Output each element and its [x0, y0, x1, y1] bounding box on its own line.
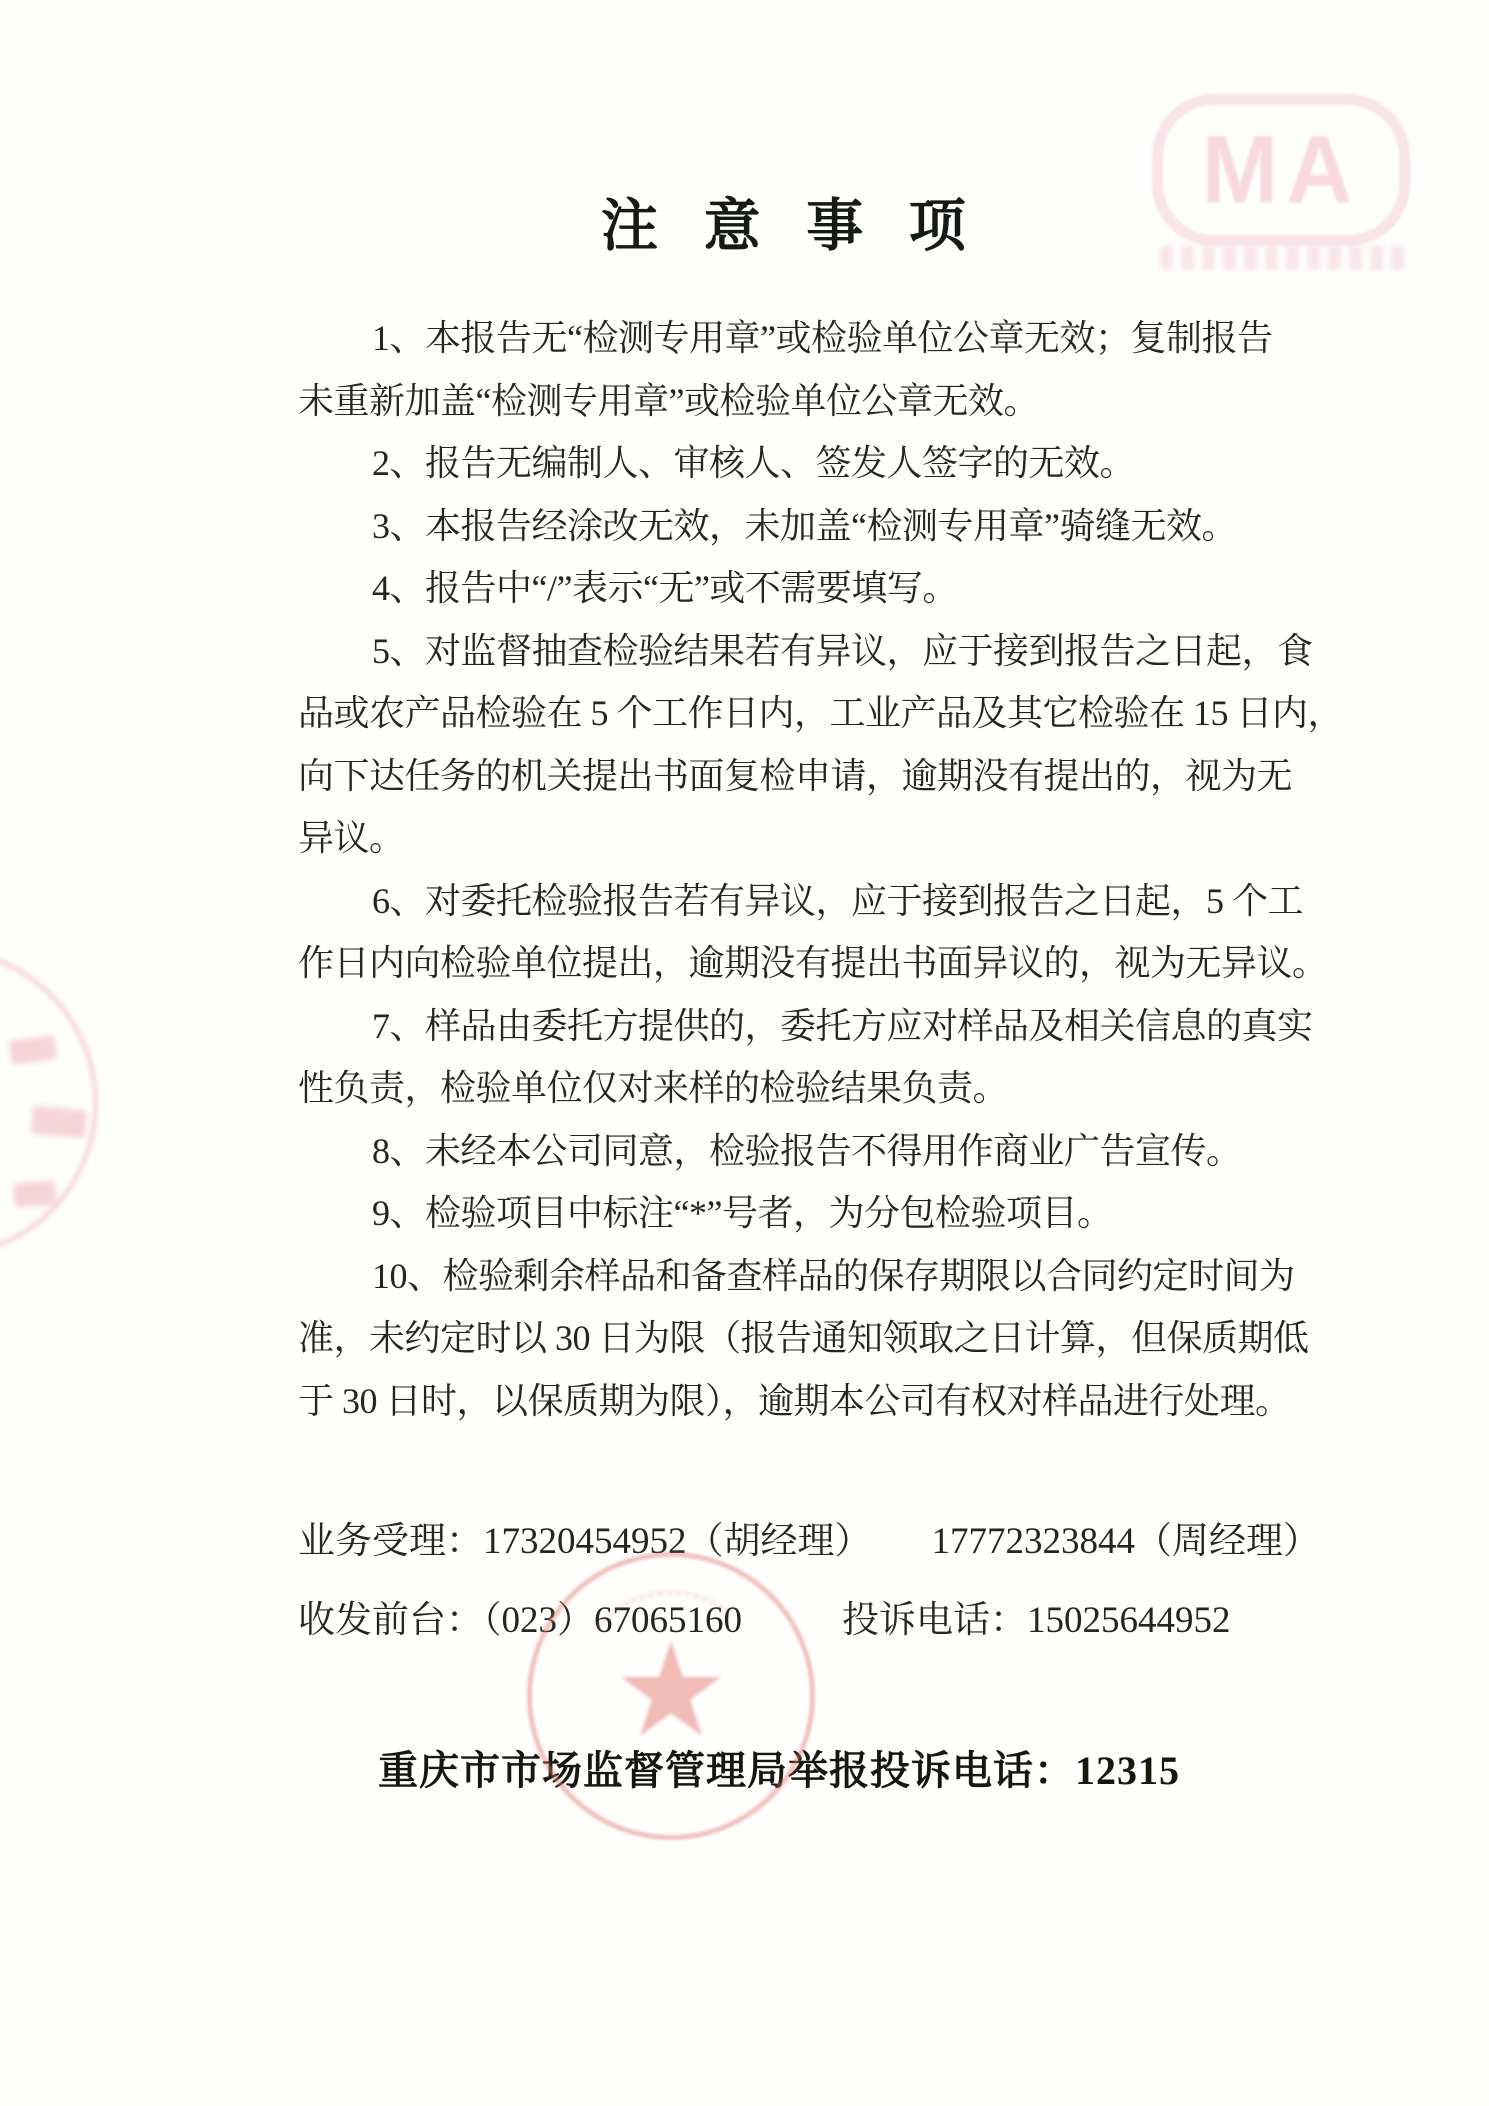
notice-line: 6、对委托检验报告若有异议，应于接到报告之日起，5 个工 [298, 870, 1260, 933]
notice-line: 4、报告中“/”表示“无”或不需要填写。 [298, 557, 1260, 620]
page-title: 注意事项 [601, 191, 1011, 263]
seal-ink-mark [9, 1035, 58, 1065]
notice-item: 5、对监督抽查检验结果若有异议，应于接到报告之日起，食 品或农产品检验在 5 个… [298, 620, 1260, 870]
notice-line: 性负责，检验单位仅对来样的检验结果负责。 [298, 1057, 1260, 1120]
business-acceptance-phone-2: 17772323844（周经理） [932, 1509, 1321, 1575]
notice-item: 6、对委托检验报告若有异议，应于接到报告之日起，5 个工 作日内向检验单位提出，… [298, 870, 1260, 995]
notice-item: 9、检验项目中标注“*”号者，为分包检验项目。 [298, 1182, 1260, 1245]
notice-line: 10、检验剩余样品和备查样品的保存期限以合同约定时间为 [298, 1245, 1260, 1308]
frontdesk-phone: 收发前台：（023）67065160 [298, 1588, 742, 1654]
seal-ink-mark [13, 1181, 57, 1208]
notice-line: 向下达任务的机关提出书面复检申请，逾期没有提出的，视为无 [298, 745, 1260, 808]
notice-item: 2、报告无编制人、审核人、签发人签字的无效。 [298, 432, 1260, 495]
notice-line: 作日内向检验单位提出，逾期没有提出书面异议的，视为无异议。 [298, 932, 1260, 995]
notice-item: 3、本报告经涂改无效，未加盖“检测专用章”骑缝无效。 [298, 495, 1260, 558]
notice-line: 9、检验项目中标注“*”号者，为分包检验项目。 [298, 1182, 1260, 1245]
report-notice-page: MA 注意事项 1、本报告无“检测专用章”或检验单位公章无效；复制报告 未重新加… [0, 0, 1489, 2106]
cma-stamp: MA [1152, 94, 1410, 246]
cma-stamp-text: MA [1201, 115, 1360, 225]
cma-stamp-code [1160, 246, 1408, 270]
contact-row-business: 业务受理：17320454952（胡经理） 17772323844（周经理） [298, 1509, 1398, 1575]
notices-section: 1、本报告无“检测专用章”或检验单位公章无效；复制报告 未重新加盖“检测专用章”… [298, 307, 1260, 1432]
business-acceptance-phone: 业务受理：17320454952（胡经理） [298, 1509, 872, 1575]
red-seal-left-fragment [0, 948, 98, 1258]
notice-line: 品或农产品检验在 5 个工作日内，工业产品及其它检验在 15 日内， [298, 682, 1260, 745]
notice-item: 1、本报告无“检测专用章”或检验单位公章无效；复制报告 未重新加盖“检测专用章”… [298, 307, 1260, 432]
notice-line: 7、样品由委托方提供的，委托方应对样品及相关信息的真实 [298, 995, 1260, 1058]
notice-line: 2、报告无编制人、审核人、签发人签字的无效。 [298, 432, 1260, 495]
seal-ink-mark [31, 1106, 87, 1139]
notice-line: 于 30 日时，以保质期为限），逾期本公司有权对样品进行处理。 [298, 1370, 1260, 1433]
contact-row-frontdesk: 收发前台：（023）67065160 投诉电话：15025644952 [298, 1588, 1398, 1654]
notice-item: 7、样品由委托方提供的，委托方应对样品及相关信息的真实 性负责，检验单位仅对来样… [298, 995, 1260, 1120]
notice-item: 4、报告中“/”表示“无”或不需要填写。 [298, 557, 1260, 620]
notice-item: 10、检验剩余样品和备查样品的保存期限以合同约定时间为 准，未约定时以 30 日… [298, 1245, 1260, 1433]
notice-line: 异议。 [298, 807, 1260, 870]
notice-line: 未重新加盖“检测专用章”或检验单位公章无效。 [298, 370, 1260, 433]
notice-line: 准，未约定时以 30 日为限（报告通知领取之日计算，但保质期低 [298, 1307, 1260, 1370]
notice-line: 1、本报告无“检测专用章”或检验单位公章无效；复制报告 [298, 307, 1260, 370]
notice-line: 3、本报告经涂改无效，未加盖“检测专用章”骑缝无效。 [298, 495, 1260, 558]
notice-line: 8、未经本公司同意，检验报告不得用作商业广告宣传。 [298, 1120, 1260, 1183]
market-regulator-hotline: 重庆市市场监督管理局举报投诉电话：12315 [298, 1736, 1260, 1806]
notice-line: 5、对监督抽查检验结果若有异议，应于接到报告之日起，食 [298, 620, 1260, 683]
complaint-phone: 投诉电话：15025644952 [842, 1588, 1231, 1654]
notice-item: 8、未经本公司同意，检验报告不得用作商业广告宣传。 [298, 1120, 1260, 1183]
